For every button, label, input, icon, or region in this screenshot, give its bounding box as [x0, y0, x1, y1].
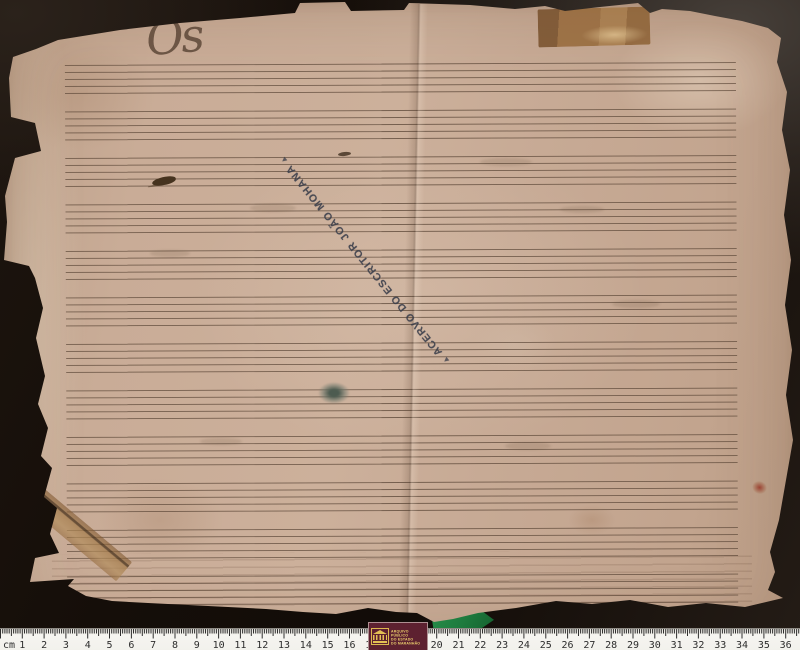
ruler-number: 8	[172, 640, 178, 650]
ruler-number: 21	[452, 640, 464, 650]
building-roof-icon	[373, 630, 387, 634]
archival-photo-scene: Os ACERVO DO ESCRITOR JOÃO MOHANA cm 123…	[0, 0, 800, 650]
ruler-number: 7	[150, 640, 156, 650]
ruler-number: 6	[128, 640, 134, 650]
ruler-number: 13	[278, 640, 290, 650]
ruler-number: 28	[605, 640, 617, 650]
ruler-number: 15	[322, 640, 334, 650]
archive-logo-text: ARQUIVO PÚBLICO DO ESTADO DO MARANHÃO	[391, 629, 449, 645]
ruler-number: 12	[256, 640, 268, 650]
ruler-number: 9	[194, 640, 200, 650]
logo-line: PÚBLICO	[391, 634, 420, 636]
ruler-unit-label: cm	[3, 640, 15, 650]
manuscript-paper: Os ACERVO DO ESCRITOR JOÃO MOHANA	[0, 0, 800, 650]
ruler-number: 14	[300, 640, 312, 650]
ruler-number: 36	[780, 640, 792, 650]
ruler-number: 35	[758, 640, 770, 650]
archive-logo-plate: ARQUIVO PÚBLICO DO ESTADO DO MARANHÃO	[368, 622, 428, 650]
ruler-number: 10	[213, 640, 225, 650]
ruler-number: 26	[562, 640, 574, 650]
building-icon	[371, 628, 389, 645]
ruler-number: 31	[671, 640, 683, 650]
show-through-smudge	[200, 438, 242, 445]
building-base-icon	[373, 641, 387, 643]
ruler-number: 22	[474, 640, 486, 650]
ruler-number: 25	[540, 640, 552, 650]
handwritten-shelfmark: Os	[144, 12, 203, 63]
ruler-number: 33	[714, 640, 726, 650]
stamp-text: ACERVO DO ESCRITOR JOÃO MOHANA	[277, 154, 452, 366]
show-through-smudge	[150, 250, 190, 257]
ruler-number: 4	[85, 640, 91, 650]
tape-repair-top-right	[538, 7, 651, 48]
ruler-number: 11	[234, 640, 246, 650]
logo-line: DO ESTADO	[391, 638, 420, 640]
ruler-number: 5	[107, 640, 113, 650]
show-through-smudge	[560, 206, 604, 213]
logo-line: ARQUIVO	[391, 630, 420, 632]
ruler-number: 34	[736, 640, 748, 650]
ruler-number: 23	[496, 640, 508, 650]
ruler-number: 32	[692, 640, 704, 650]
ruler-number: 27	[583, 640, 595, 650]
seal-smudge	[318, 382, 350, 404]
logo-line: DO MARANHÃO	[391, 642, 420, 644]
ruler-number: 30	[649, 640, 661, 650]
show-through-smudge	[505, 442, 551, 450]
ruler-number: 16	[343, 640, 355, 650]
collection-stamp: ACERVO DO ESCRITOR JOÃO MOHANA	[240, 160, 500, 370]
bottom-crease-lines	[52, 550, 752, 611]
ruler-number: 2	[41, 640, 47, 650]
ruler-number: 1	[19, 640, 25, 650]
show-through-smudge	[612, 300, 660, 308]
building-columns-icon	[373, 635, 387, 640]
measurement-ruler: cm 1234567891011121314151617181920212223…	[0, 628, 800, 650]
ruler-number: 29	[627, 640, 639, 650]
ruler-number: 24	[518, 640, 530, 650]
ruler-number: 3	[63, 640, 69, 650]
